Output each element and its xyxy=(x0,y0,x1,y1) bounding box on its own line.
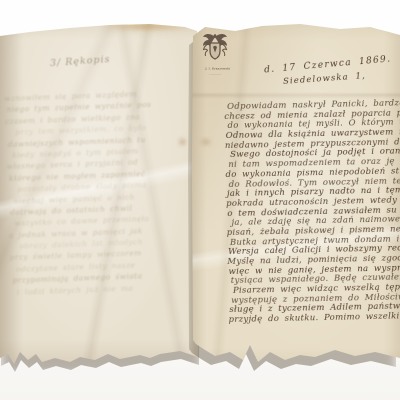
pencil-note: 3/ Rękopis xyxy=(50,54,111,69)
top-edge-stain xyxy=(100,22,192,31)
fold-stain-right xyxy=(200,138,212,146)
left-page: 3/ Rękopis wznowiłem się pora względem n… xyxy=(0,22,200,367)
date-line: d. 17 Czerwca 1869. xyxy=(264,54,392,75)
address-line: Siedelowska 1, xyxy=(283,71,366,87)
right-page: J. I. Kraszewski ············ d. 17 Czer… xyxy=(192,18,400,380)
top-edge-stain-right xyxy=(206,20,246,27)
letterhead-subline: ············ xyxy=(205,73,224,76)
bleedthrough-text-block: wznowiłem się pora względem niego tym zu… xyxy=(4,88,197,299)
letter-photograph: 3/ Rękopis wznowiłem się pora względem n… xyxy=(0,0,400,400)
handwriting-body-block: Odpowiadam naskrył Panicki, bardzo chcia… xyxy=(225,98,400,324)
heraldic-eagle-crest-icon xyxy=(200,31,230,65)
letterhead-name: J. I. Kraszewski xyxy=(205,67,224,70)
